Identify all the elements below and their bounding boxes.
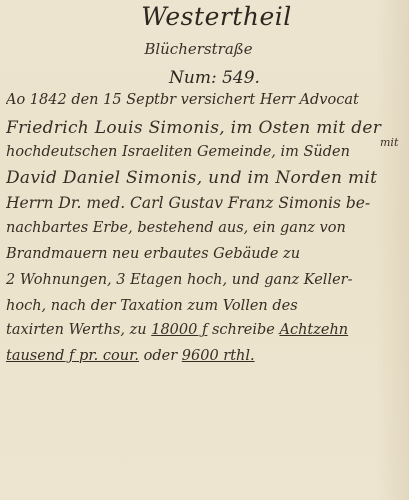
text-line-3: hochdeutschen Israeliten Gemeinde, im Sü… bbox=[6, 144, 399, 160]
valuation-prefix: taxirten Werths, zu bbox=[6, 322, 151, 338]
valuation-words-2: tausend ƒ pr. cour. bbox=[6, 348, 139, 364]
valuation-amount: 18000 ƒ bbox=[151, 322, 207, 338]
text-line-2: Friedrich Louis Simonis, im Osten mit de… bbox=[6, 118, 399, 138]
text-line-5: Herrn Dr. med. Carl Gustav Franz Simonis… bbox=[6, 194, 399, 212]
text-line-4: David Daniel Simonis, und im Norden mit bbox=[6, 168, 399, 188]
text-line-10: taxirten Werths, zu 18000 ƒ schreibe Ach… bbox=[6, 322, 399, 338]
street-heading: Blücherstraße bbox=[0, 40, 403, 58]
text-line-8: 2 Wohnungen, 3 Etagen hoch, und ganz Kel… bbox=[6, 272, 399, 288]
text-line-6: nachbartes Erbe, bestehend aus, ein ganz… bbox=[6, 220, 399, 236]
district-heading: Westertheil bbox=[12, 2, 409, 31]
text-line-11: tausend ƒ pr. cour. oder 9600 rthl. bbox=[6, 348, 399, 364]
valuation-thaler: 9600 rthl. bbox=[182, 348, 255, 364]
text-line-1: Ao 1842 den 15 Septbr versichert Herr Ad… bbox=[6, 92, 399, 108]
document-page: Westertheil Blücherstraße Num: 549. mit … bbox=[0, 0, 409, 500]
house-number: Num: 549. bbox=[10, 68, 409, 88]
text-line-7: Brandmauern neu erbautes Gebäude zu bbox=[6, 246, 399, 262]
valuation-written-prefix: schreibe bbox=[207, 322, 279, 338]
text-line-9: hoch, nach der Taxation zum Vollen des bbox=[6, 298, 399, 314]
valuation-words-1: Achtzehn bbox=[279, 322, 348, 338]
or-label: oder bbox=[139, 348, 182, 364]
